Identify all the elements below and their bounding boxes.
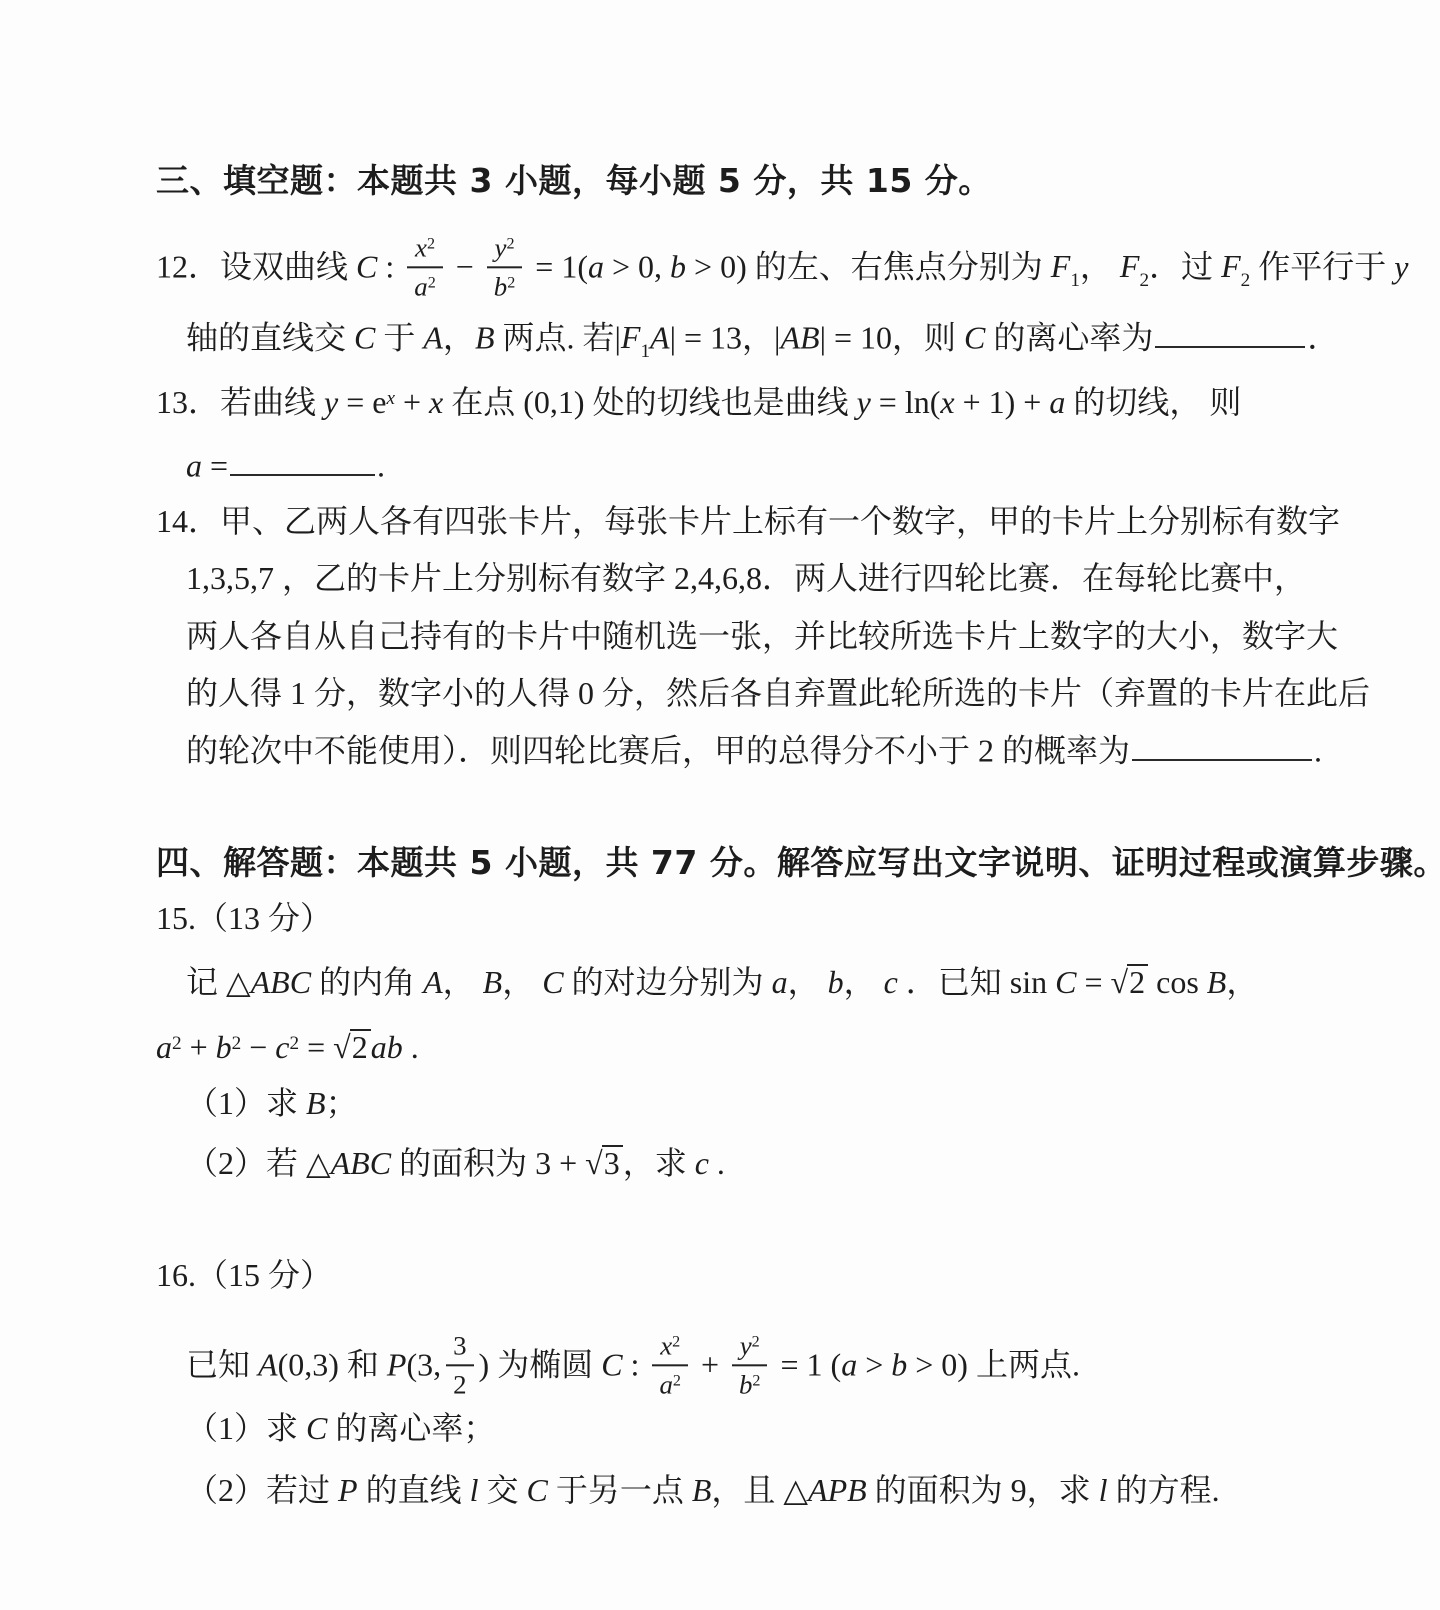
math-power: c2 — [275, 1029, 299, 1065]
math-power: y2 — [740, 1330, 760, 1360]
math-text: 作平行于 — [1250, 248, 1394, 284]
math-text: ； — [326, 1085, 358, 1121]
math-text: = — [338, 384, 372, 420]
math-text: 的面积为 3 + — [391, 1145, 585, 1181]
math-power: ex — [372, 384, 395, 420]
math-text: 3 — [604, 1145, 620, 1181]
question-15-part-2: （2）若 △ABC 的面积为 3 + √3，求 c . — [186, 1142, 725, 1185]
math-variable: b — [670, 248, 686, 284]
math-text: 的离心率为 — [985, 319, 1153, 355]
math-variable: A — [650, 319, 670, 355]
power-exponent: 2 — [752, 1372, 760, 1389]
fraction-denominator: a2 — [652, 1366, 688, 1401]
math-variable: b — [891, 1346, 907, 1382]
math-text: ) 为椭圆 — [479, 1346, 602, 1382]
square-root: √3 — [585, 1145, 623, 1181]
math-text: . — [403, 1029, 419, 1065]
math-text: ， — [1226, 964, 1258, 1000]
math-variable: B — [1207, 964, 1227, 1000]
radicand: 2 — [1127, 964, 1148, 999]
math-text: 的内角 — [311, 964, 423, 1000]
math-variable: a — [186, 447, 202, 483]
question-15-line-1: 记 △ABC 的内角 A， B， C 的对边分别为 a， b， c ．已知 si… — [186, 961, 1258, 1004]
math-text: 12．设双曲线 — [156, 248, 356, 284]
question-15-header: 15.（13 分） — [156, 897, 332, 940]
math-variable: C — [1055, 964, 1076, 1000]
math-text: . — [377, 447, 385, 483]
math-text: 两点. 若| — [494, 319, 620, 355]
math-text: = — [299, 1029, 333, 1065]
math-variable: A — [258, 1346, 278, 1382]
math-text: 的人得 1 分，数字小的人得 0 分，然后各自弃置此轮所选的卡片（弃置的卡片在此… — [186, 675, 1370, 711]
math-variable: ab — [371, 1029, 403, 1065]
section-fill-in-title: 三、填空题：本题共 3 小题，每小题 5 分，共 15 分。 — [156, 159, 992, 203]
math-text: = ln( — [871, 384, 941, 420]
radicand: 2 — [350, 1029, 371, 1064]
math-variable: c — [884, 964, 898, 1000]
math-power: a2 — [156, 1029, 182, 1065]
math-text: | = 13，| — [670, 319, 781, 355]
math-text: ． — [1307, 319, 1339, 355]
question-14-line-2: 1,3,5,7 ，乙的卡片上分别标有数字 2,4,6,8．两人进行四轮比赛．在每… — [186, 557, 1306, 600]
math-text: = 1 ( — [772, 1346, 841, 1382]
power-base: b — [216, 1029, 232, 1065]
math-text: 于另一点 — [548, 1472, 692, 1508]
power-exponent: 2 — [507, 274, 515, 291]
subscript-index: 2 — [1139, 270, 1149, 291]
math-text: （1）求 — [186, 1085, 306, 1121]
math-text: 交 — [478, 1472, 526, 1508]
power-base: y — [740, 1330, 752, 1360]
math-variable: C — [306, 1410, 327, 1446]
math-text: （2）若 △ — [186, 1145, 331, 1181]
math-variable: C — [542, 964, 563, 1000]
math-text: ，且 △ — [711, 1472, 808, 1508]
power-exponent: 2 — [172, 1033, 182, 1054]
math-text: （2）若过 — [186, 1472, 338, 1508]
math-text: 2 — [453, 1369, 466, 1399]
math-text: 13．若曲线 — [156, 384, 324, 420]
power-exponent: 2 — [506, 235, 514, 252]
math-text: ， — [1080, 248, 1120, 284]
fraction: x2a2 — [407, 231, 443, 303]
subscript-base: F — [1051, 248, 1071, 284]
question-16-part-2: （2）若过 P 的直线 l 交 C 于另一点 B，且 △APB 的面积为 9，求… — [186, 1469, 1220, 1512]
math-variable: ABC — [251, 964, 311, 1000]
math-text: 的对边分别为 — [564, 964, 772, 1000]
math-variable: AB — [780, 319, 819, 355]
math-text: > — [857, 1346, 891, 1382]
math-power: a2 — [659, 1369, 681, 1399]
question-15-line-2: a2 + b2 − c2 = √2ab . — [156, 1026, 419, 1069]
math-subscripted: F2 — [1221, 248, 1250, 284]
math-text: 2 — [352, 1029, 368, 1065]
math-text: ．过 — [1149, 248, 1221, 284]
math-text: + — [395, 384, 429, 420]
fraction: y2b2 — [732, 1329, 768, 1401]
exam-paper-page: 三、填空题：本题共 3 小题，每小题 5 分，共 15 分。 12．设双曲线 C… — [0, 0, 1440, 1610]
math-variable: A — [423, 319, 443, 355]
math-variable: P — [338, 1472, 358, 1508]
math-variable: y — [1394, 248, 1408, 284]
power-exponent: x — [386, 388, 395, 409]
math-text: . — [709, 1145, 725, 1181]
math-text: + 1) + — [955, 384, 1050, 420]
math-text: 于 — [375, 319, 423, 355]
math-text: > 0) 的左、右焦点分别为 — [686, 248, 1051, 284]
math-variable: C — [601, 1346, 622, 1382]
math-text: 的面积为 9，求 — [867, 1472, 1099, 1508]
fraction-denominator: b2 — [732, 1366, 768, 1401]
math-text: ， — [844, 964, 884, 1000]
math-subscripted: F1 — [1051, 248, 1080, 284]
fraction: x2a2 — [652, 1329, 688, 1401]
math-text: （1）求 — [186, 1410, 306, 1446]
math-text: ， — [788, 964, 828, 1000]
radical-sign: √ — [585, 1145, 603, 1181]
math-text: 记 △ — [186, 964, 251, 1000]
fraction-numerator: y2 — [487, 231, 523, 268]
radical-sign: √ — [1111, 964, 1129, 1000]
power-base: x — [415, 232, 427, 262]
math-subscripted: F2 — [1120, 248, 1149, 284]
section-answer-title: 四、解答题：本题共 5 小题，共 77 分。解答应写出文字说明、证明过程或演算步… — [156, 841, 1440, 885]
math-text: 的离心率； — [327, 1410, 495, 1446]
power-exponent: 2 — [673, 1372, 681, 1389]
math-text: 2 — [1129, 964, 1145, 1000]
power-base: a — [659, 1369, 672, 1399]
fraction-denominator: a2 — [407, 268, 443, 303]
math-text: − — [241, 1029, 275, 1065]
power-exponent: 2 — [752, 1333, 760, 1350]
math-text: 14．甲、乙两人各有四张卡片，每张卡片上标有一个数字，甲的卡片上分别标有数字 — [156, 503, 1340, 539]
math-variable: B — [692, 1472, 712, 1508]
math-variable: a — [1049, 384, 1065, 420]
power-base: b — [739, 1369, 752, 1399]
square-root: √2 — [333, 1029, 371, 1065]
subscript-base: F — [621, 319, 641, 355]
math-variable: B — [306, 1085, 326, 1121]
question-12-line-1: 12．设双曲线 C : x2a2 − y2b2 = 1(a > 0, b > 0… — [156, 234, 1408, 306]
math-text: > 0, — [604, 248, 670, 284]
subscript-base: F — [1120, 248, 1140, 284]
math-power: x2 — [660, 1330, 680, 1360]
math-variable: x — [940, 384, 954, 420]
math-power: x2 — [415, 232, 435, 262]
power-exponent: 2 — [232, 1033, 242, 1054]
math-text: ， — [443, 964, 483, 1000]
math-variable: y — [324, 384, 338, 420]
math-text: : — [377, 248, 402, 284]
question-13-line-2: a =. — [186, 444, 385, 487]
math-power: y2 — [495, 232, 515, 262]
math-text: 两人各自从自己持有的卡片中随机选一张，并比较所选卡片上数字的大小，数字大 — [186, 618, 1338, 654]
fraction-numerator: x2 — [407, 231, 443, 268]
math-variable: a — [588, 248, 604, 284]
subscript-base: F — [1221, 248, 1241, 284]
math-text: = 1( — [527, 248, 588, 284]
math-power: b2 — [494, 271, 516, 301]
math-text: 的方程. — [1108, 1472, 1220, 1508]
power-exponent: 2 — [428, 274, 436, 291]
math-text: ， — [443, 319, 475, 355]
math-variable: B — [475, 319, 495, 355]
math-power: a2 — [414, 271, 436, 301]
math-text: 已知 — [186, 1346, 258, 1382]
math-text: 轴的直线交 — [186, 319, 354, 355]
question-14-line-3: 两人各自从自己持有的卡片中随机选一张，并比较所选卡片上数字的大小，数字大 — [186, 615, 1338, 658]
math-text: 1,3,5,7 ，乙的卡片上分别标有数字 2,4,6,8．两人进行四轮比赛．在每… — [186, 560, 1306, 596]
math-text: (3, — [406, 1346, 441, 1382]
question-16-part-1: （1）求 C 的离心率； — [186, 1407, 495, 1450]
math-text: . — [1314, 732, 1322, 768]
math-text: 的直线 — [358, 1472, 470, 1508]
radical-sign: √ — [333, 1029, 351, 1065]
math-text: − — [448, 248, 482, 284]
math-text: + — [182, 1029, 216, 1065]
power-base: x — [660, 1330, 672, 1360]
math-variable: a — [772, 964, 788, 1000]
question-16-header: 16.（15 分） — [156, 1254, 332, 1297]
fraction-denominator: 2 — [446, 1366, 473, 1401]
power-base: e — [372, 384, 386, 420]
math-variable: A — [423, 964, 443, 1000]
power-exponent: 2 — [672, 1333, 680, 1350]
math-variable: APB — [808, 1472, 867, 1508]
math-variable: a — [841, 1346, 857, 1382]
math-text: = — [1077, 964, 1111, 1000]
math-variable: B — [483, 964, 503, 1000]
power-base: a — [156, 1029, 172, 1065]
power-base: a — [414, 271, 427, 301]
math-text: 的切线， 则 — [1065, 384, 1241, 420]
math-text: 的轮次中不能使用）．则四轮比赛后，甲的总得分不小于 2 的概率为 — [186, 732, 1130, 768]
math-text: | = 10，则 — [820, 319, 964, 355]
power-exponent: 2 — [427, 235, 435, 252]
math-variable: c — [695, 1145, 709, 1181]
answer-blank — [1155, 316, 1305, 348]
question-14-line-1: 14．甲、乙两人各有四张卡片，每张卡片上标有一个数字，甲的卡片上分别标有数字 — [156, 500, 1340, 543]
math-text: 在点 (0,1) 处的切线也是曲线 — [443, 384, 856, 420]
question-12-line-2: 轴的直线交 C 于 A，B 两点. 若|F1A| = 13，|AB| = 10，… — [186, 316, 1339, 359]
math-text: ．已知 sin — [898, 964, 1055, 1000]
math-variable: x — [429, 384, 443, 420]
fraction-denominator: b2 — [487, 268, 523, 303]
math-text: ， — [502, 964, 542, 1000]
radicand: 3 — [602, 1145, 623, 1180]
answer-blank — [230, 444, 375, 476]
math-variable: C — [356, 248, 377, 284]
fraction-numerator: 3 — [446, 1329, 473, 1366]
subscript-index: 1 — [640, 341, 650, 362]
question-13-line-1: 13．若曲线 y = ex + x 在点 (0,1) 处的切线也是曲线 y = … — [156, 381, 1241, 424]
math-power: b2 — [216, 1029, 242, 1065]
subscript-index: 2 — [1241, 270, 1251, 291]
power-base: y — [495, 232, 507, 262]
math-variable: b — [828, 964, 844, 1000]
answer-blank — [1132, 729, 1312, 761]
math-text: (0,3) 和 — [278, 1346, 387, 1382]
fraction-numerator: y2 — [732, 1329, 768, 1366]
math-variable: P — [387, 1346, 407, 1382]
math-variable: C — [964, 319, 985, 355]
math-variable: l — [1099, 1472, 1108, 1508]
question-14-line-5: 的轮次中不能使用）．则四轮比赛后，甲的总得分不小于 2 的概率为. — [186, 729, 1322, 772]
question-14-line-4: 的人得 1 分，数字小的人得 0 分，然后各自弃置此轮所选的卡片（弃置的卡片在此… — [186, 672, 1370, 715]
square-root: √2 — [1111, 964, 1149, 1000]
fraction: y2b2 — [487, 231, 523, 303]
math-variable: ABC — [331, 1145, 391, 1181]
math-variable: C — [526, 1472, 547, 1508]
question-15-part-1: （1）求 B； — [186, 1082, 358, 1125]
math-text: + — [693, 1346, 727, 1382]
fraction: 32 — [446, 1329, 473, 1401]
math-power: b2 — [739, 1369, 761, 1399]
math-variable: y — [857, 384, 871, 420]
math-text: : — [623, 1346, 648, 1382]
math-text: 3 — [453, 1330, 466, 1360]
math-variable: C — [354, 319, 375, 355]
math-text: > 0) 上两点. — [907, 1346, 1080, 1382]
question-16-line-1: 已知 A(0,3) 和 P(3,32) 为椭圆 C : x2a2 + y2b2 … — [186, 1332, 1080, 1404]
power-base: b — [494, 271, 507, 301]
power-exponent: 2 — [289, 1033, 299, 1054]
math-subscripted: F1 — [621, 319, 650, 355]
power-base: c — [275, 1029, 289, 1065]
fraction-numerator: x2 — [652, 1329, 688, 1366]
subscript-index: 1 — [1070, 270, 1080, 291]
math-text: cos — [1148, 964, 1207, 1000]
math-text: = — [202, 447, 228, 483]
math-text: ，求 — [623, 1145, 695, 1181]
